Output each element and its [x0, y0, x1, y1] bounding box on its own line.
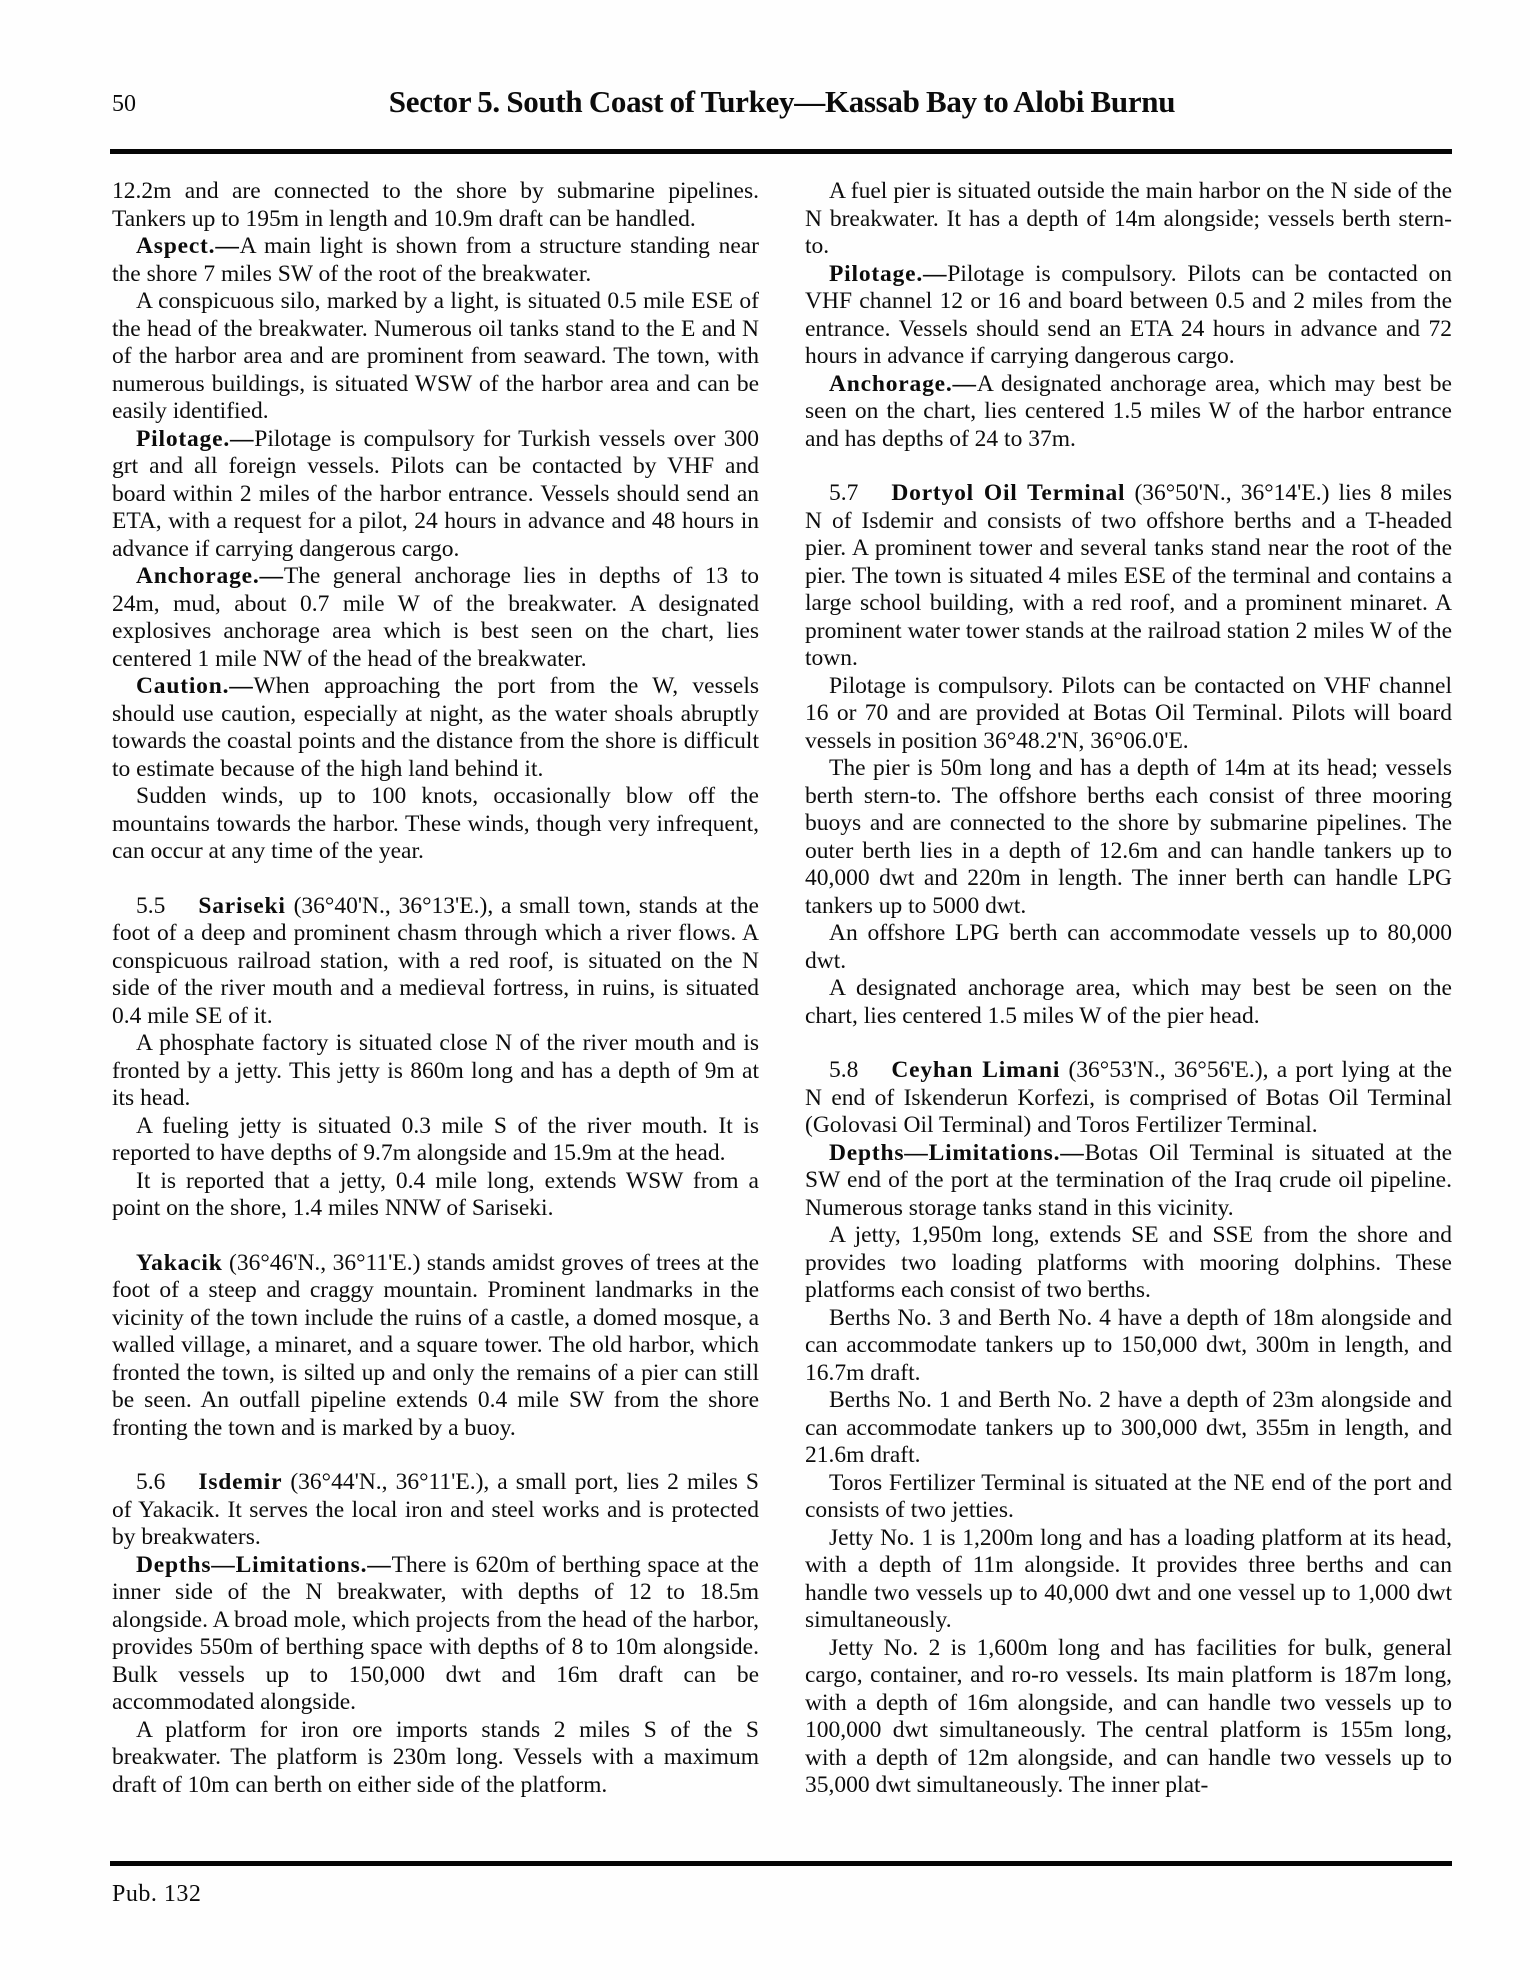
paragraph: Berths No. 3 and Berth No. 4 have a dept…: [805, 1305, 1452, 1388]
paragraph-text: Berths No. 1 and Berth No. 2 have a dept…: [805, 1387, 1452, 1468]
document-page: 50 Sector 5. South Coast of Turkey—Kassa…: [0, 0, 1530, 1980]
header-rule: [110, 149, 1452, 154]
paragraph: The pier is 50m long and has a depth of …: [805, 755, 1452, 920]
section-paragraph: 5.6Isdemir (36°44'N., 36°11'E.), a small…: [112, 1469, 759, 1552]
paragraph: A jetty, 1,950m long, extends SE and SSE…: [805, 1222, 1452, 1305]
page-number: 50: [112, 90, 136, 118]
paragraph-text: A phosphate factory is situated close N …: [112, 1030, 759, 1111]
page-header: 50 Sector 5. South Coast of Turkey—Kassa…: [112, 84, 1452, 124]
running-title: Sector 5. South Coast of Turkey—Kassab B…: [112, 84, 1452, 120]
paragraph: Aspect.—A main light is shown from a str…: [112, 233, 759, 288]
section-paragraph: 5.8Ceyhan Limani (36°53'N., 36°56'E.), a…: [805, 1057, 1452, 1140]
publication-number: Pub. 132: [112, 1880, 201, 1908]
paragraph-lead: Aspect.—: [136, 233, 240, 259]
place-name: Sariseki: [198, 893, 285, 919]
section-number: 5.7: [829, 480, 858, 506]
paragraph-text: An offshore LPG berth can accommodate ve…: [805, 920, 1452, 974]
paragraph-text: A platform for iron ore imports stands 2…: [112, 1717, 759, 1798]
paragraph: A designated anchorage area, which may b…: [805, 975, 1452, 1030]
paragraph: Anchorage.—A designated anchorage area, …: [805, 371, 1452, 454]
section-paragraph: 5.7Dortyol Oil Terminal (36°50'N., 36°14…: [805, 480, 1452, 673]
section-number: 5.5: [136, 893, 165, 919]
paragraph-text: A fuel pier is situated outside the main…: [805, 178, 1452, 259]
paragraph-lead: Anchorage.—: [136, 563, 284, 589]
place-name: Dortyol Oil Terminal: [891, 480, 1125, 506]
paragraph: 12.2m and are connected to the shore by …: [112, 178, 759, 233]
paragraph-text: Pilotage is compulsory. Pilots can be co…: [805, 673, 1452, 754]
text-body: 12.2m and are connected to the shore by …: [112, 178, 1452, 1800]
paragraph-lead: Anchorage.—: [829, 371, 977, 397]
paragraph: A fueling jetty is situated 0.3 mile S o…: [112, 1113, 759, 1168]
paragraph-text: A jetty, 1,950m long, extends SE and SSE…: [805, 1222, 1452, 1303]
paragraph-text: Toros Fertilizer Terminal is situated at…: [805, 1470, 1452, 1524]
paragraph-text: Jetty No. 2 is 1,600m long and has facil…: [805, 1635, 1452, 1799]
paragraph: Yakacik (36°46'N., 36°11'E.) stands amid…: [112, 1250, 759, 1443]
paragraph: A fuel pier is situated outside the main…: [805, 178, 1452, 261]
paragraph: An offshore LPG berth can accommodate ve…: [805, 920, 1452, 975]
paragraph: Toros Fertilizer Terminal is situated at…: [805, 1470, 1452, 1525]
section-number: 5.8: [829, 1057, 858, 1083]
paragraph-lead: Depths—Limitations.—: [829, 1140, 1085, 1166]
section-number: 5.6: [136, 1469, 165, 1495]
paragraph: A conspicuous silo, marked by a light, i…: [112, 288, 759, 426]
paragraph-text: Berths No. 3 and Berth No. 4 have a dept…: [805, 1305, 1452, 1386]
paragraph: Jetty No. 2 is 1,600m long and has facil…: [805, 1635, 1452, 1800]
paragraph: Pilotage is compulsory. Pilots can be co…: [805, 673, 1452, 756]
place-name: Isdemir: [198, 1469, 282, 1495]
paragraph: Jetty No. 1 is 1,200m long and has a loa…: [805, 1525, 1452, 1635]
paragraph: Sudden winds, up to 100 knots, occasiona…: [112, 783, 759, 866]
paragraph-text: (36°46'N., 36°11'E.) stands amidst grove…: [112, 1250, 759, 1441]
paragraph-lead: Caution.—: [136, 673, 254, 699]
paragraph-text: 12.2m and are connected to the shore by …: [112, 178, 759, 232]
paragraph: Berths No. 1 and Berth No. 2 have a dept…: [805, 1387, 1452, 1470]
paragraph-lead: Depths—Limitations.—: [136, 1552, 392, 1578]
section-paragraph: 5.5Sariseki (36°40'N., 36°13'E.), a smal…: [112, 893, 759, 1031]
paragraph-text: A conspicuous silo, marked by a light, i…: [112, 288, 759, 424]
paragraph-text: A fueling jetty is situated 0.3 mile S o…: [112, 1113, 759, 1167]
paragraph: A platform for iron ore imports stands 2…: [112, 1717, 759, 1800]
paragraph: A phosphate factory is situated close N …: [112, 1030, 759, 1113]
left-column: 12.2m and are connected to the shore by …: [112, 178, 759, 1800]
paragraph-lead: Pilotage.—: [829, 261, 947, 287]
paragraph: Pilotage.—Pilotage is compulsory. Pilots…: [805, 261, 1452, 371]
right-column: A fuel pier is situated outside the main…: [805, 178, 1452, 1800]
paragraph-text: Sudden winds, up to 100 knots, occasiona…: [112, 783, 759, 864]
paragraph-lead: Pilotage.—: [136, 426, 254, 452]
paragraph: Anchorage.—The general anchorage lies in…: [112, 563, 759, 673]
paragraph: Depths—Limitations.—Botas Oil Terminal i…: [805, 1140, 1452, 1223]
paragraph-text: The pier is 50m long and has a depth of …: [805, 755, 1452, 919]
paragraph: Depths—Limitations.—There is 620m of ber…: [112, 1552, 759, 1717]
paragraph-text: (36°50'N., 36°14'E.) lies 8 miles N of I…: [805, 480, 1452, 671]
paragraph-text: It is reported that a jetty, 0.4 mile lo…: [112, 1168, 759, 1222]
paragraph: It is reported that a jetty, 0.4 mile lo…: [112, 1168, 759, 1223]
footer-rule: [110, 1861, 1452, 1866]
place-name: Ceyhan Limani: [891, 1057, 1060, 1083]
paragraph: Pilotage.—Pilotage is compulsory for Tur…: [112, 426, 759, 564]
place-name: Yakacik: [136, 1250, 223, 1276]
paragraph-text: A designated anchorage area, which may b…: [805, 975, 1452, 1029]
paragraph-text: Jetty No. 1 is 1,200m long and has a loa…: [805, 1525, 1452, 1634]
paragraph: Caution.—When approaching the port from …: [112, 673, 759, 783]
